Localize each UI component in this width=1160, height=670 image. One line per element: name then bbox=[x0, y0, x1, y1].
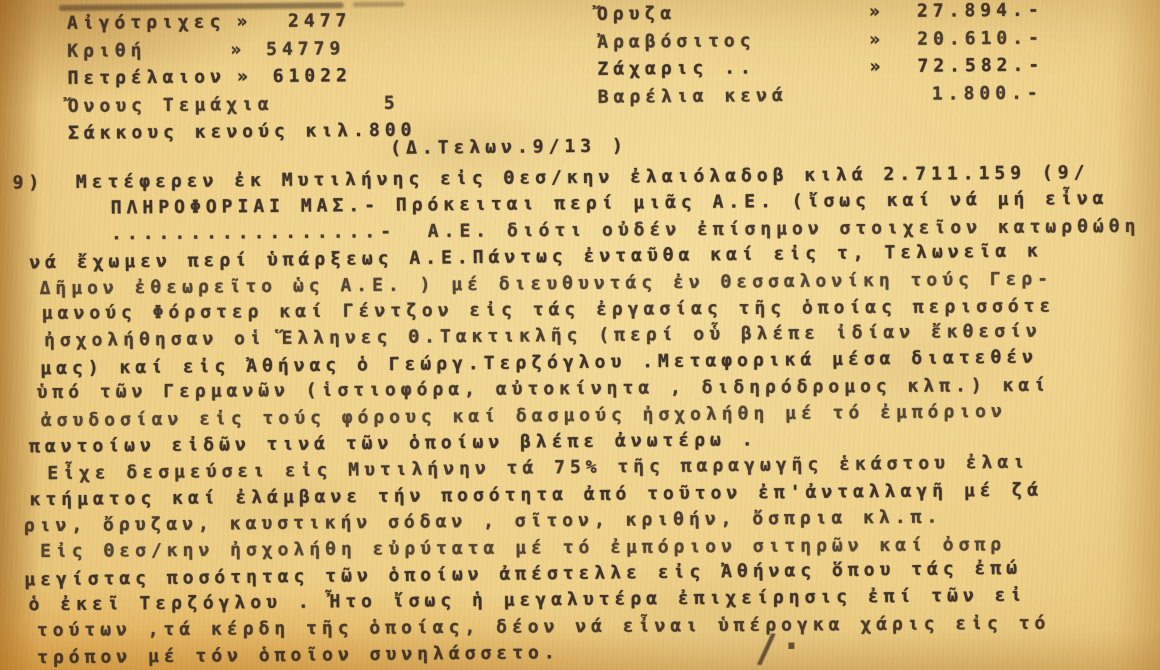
ledger-row: Ἀραβόσιτος»20.610.- bbox=[597, 27, 1042, 59]
ledger-value: 1.800.- bbox=[918, 82, 1043, 111]
typewritten-text-layer: Αἰγότριχες»2477Κριθή»54779Πετρέλαιον»610… bbox=[0, 0, 1160, 670]
ledger-unit-mark: » bbox=[837, 28, 917, 56]
ledger-row: Ὄνους Τεμάχια5 bbox=[68, 91, 543, 123]
ledger-unit-mark bbox=[274, 93, 312, 121]
text-line: μανούς Φόρστερ καί Γέντζον εἰς τάς ἐργασ… bbox=[42, 297, 1056, 324]
commodity-ledger-left: Αἰγότριχες»2477Κριθή»54779Πετρέλαιον»610… bbox=[67, 8, 543, 150]
ledger-unit-mark: » bbox=[225, 11, 263, 39]
ledger-item-label: Κριθή bbox=[67, 39, 219, 68]
ledger-unit-mark bbox=[838, 83, 918, 111]
ledger-item-label: Ζάχαρις .. bbox=[597, 57, 837, 87]
text-line: ΠΛΗΡΟΦΟΡΙΑΙ ΜΑΣ.- Πρόκειται περί μιᾶς Α.… bbox=[111, 189, 1109, 219]
ledger-unit-mark: » bbox=[226, 66, 264, 94]
text-line: μας) καί εἰς Ἀθήνας ὁ Γεώργ.Τερζόγλου .Μ… bbox=[40, 347, 1038, 379]
ledger-value: 2477 bbox=[263, 10, 351, 38]
text-line: νά ἔχωμεν περί ὑπάρξεως Α.Ε.Πάντως ἐνταῦ… bbox=[29, 242, 1043, 274]
ledger-value: 72.582.- bbox=[917, 55, 1042, 84]
ledger-value: 5 bbox=[312, 92, 400, 120]
ledger-value: 54779 bbox=[257, 38, 345, 66]
ledger-item-label: Ὄνους Τεμάχια bbox=[68, 93, 274, 122]
customs-reference-note: (Δ.Τελων.9/13 ) bbox=[390, 136, 628, 159]
ledger-unit-mark: » bbox=[837, 1, 917, 29]
ledger-item-label: Βαρέλια κενά bbox=[598, 84, 838, 114]
text-line: κτήματος καί ἐλάμβανε τήν ποσότητα ἀπό τ… bbox=[29, 480, 1043, 510]
ledger-row: Βαρέλια κενά1.800.- bbox=[598, 82, 1043, 114]
ledger-unit-mark: » bbox=[219, 39, 257, 67]
ledger-value: 20.610.- bbox=[917, 27, 1042, 56]
handwritten-dot: . bbox=[785, 618, 798, 658]
text-line: παντοίων εἰδῶν τινά τῶν ὁποίων βλέπε ἀνω… bbox=[29, 430, 758, 457]
commodity-ledger-right: Ὄρυζα»27.894.-Ἀραβόσιτος»20.610.-Ζάχαρις… bbox=[597, 0, 1043, 114]
text-line: ἀσυδοσίαν εἰς τούς φόρους καί δασμούς ἠσ… bbox=[41, 402, 1007, 431]
ledger-value: 27.894.- bbox=[917, 0, 1042, 28]
ledger-row: Ὄρυζα»27.894.- bbox=[597, 0, 1042, 31]
text-line: ὑπό τῶν Γερμανῶν (ἱστιοφόρα, αὐτοκίνητα … bbox=[36, 376, 1050, 403]
text-line: .................- Α.Ε. διότι οὐδέν ἐπίσ… bbox=[111, 217, 1141, 244]
ledger-item-label: Πετρέλαιον bbox=[67, 66, 226, 95]
ledger-item-label: Ὄρυζα bbox=[597, 2, 837, 32]
text-line: ἠσχολήθησαν οἱ Ἕλληνες Θ.Τακτικλῆς (περί… bbox=[44, 322, 1042, 352]
ledger-row: Ζάχαρις ..»72.582.- bbox=[597, 55, 1042, 87]
text-line: ὁ ἐκεῖ Τερζόγλου . Ἦτο ἴσως ἡ μεγαλυτέρα… bbox=[28, 586, 1026, 616]
ledger-value: 61022 bbox=[264, 65, 352, 93]
cutoff-row-artifact bbox=[353, 2, 405, 7]
handwritten-mark: / . bbox=[745, 628, 805, 669]
ledger-row: Κριθή»54779 bbox=[67, 36, 542, 68]
text-line: Εἶχε δεσμεύσει εἰς Μυτιλήνην τά 75% τῆς … bbox=[47, 453, 1029, 484]
ledger-item-label: Ἀραβόσιτος bbox=[597, 29, 837, 59]
ledger-item-label: Αἰγότριχες bbox=[67, 11, 226, 40]
handwritten-slash: / bbox=[756, 625, 776, 670]
ledger-item-label: Σάκκους κενούς κιλ.800 bbox=[68, 120, 417, 151]
text-line: τούτων ,τά κέρδη τῆς ὁποίας, δέον νά εἶν… bbox=[37, 614, 1051, 641]
text-line: Δῆμον ἐθεωρεῖτο ὡς Α.Ε. ) μέ διευθυντάς … bbox=[39, 269, 1053, 299]
document-scan: Αἰγότριχες»2477Κριθή»54779Πετρέλαιον»610… bbox=[0, 0, 1160, 670]
text-line: τρόπον μέ τόν ὁποῖον συνηλάσσετο. bbox=[37, 643, 560, 668]
text-line: Εἰς Θεσ/κην ἠσχολήθη εὐρύτατα μέ τό ἐμπό… bbox=[40, 535, 1006, 562]
text-line: ριν, ὄρυζαν, καυστικήν σόδαν , σῖτον, κρ… bbox=[24, 508, 943, 537]
ledger-unit-mark: » bbox=[837, 56, 917, 84]
